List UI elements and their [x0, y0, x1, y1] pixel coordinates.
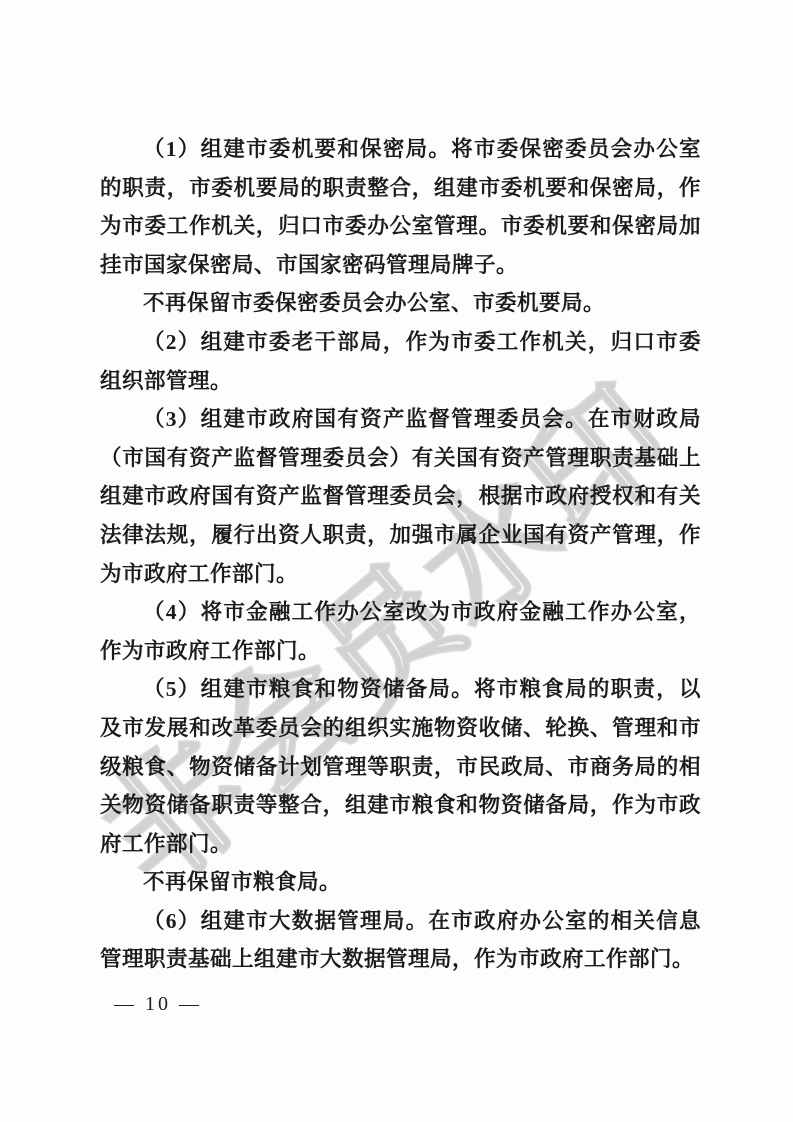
paragraph: 不再保留市委保密委员会办公室、市委机要局。	[100, 284, 701, 323]
page-number: — 10 —	[114, 993, 202, 1015]
paragraph: （4）将市金融工作办公室改为市政府金融工作办公室，作为市政府工作部门。	[100, 593, 701, 670]
document-page: 非会员水印 （1）组建市委机要和保密局。将市委保密委员会办公室的职责，市委机要局…	[0, 0, 793, 1122]
document-body: （1）组建市委机要和保密局。将市委保密委员会办公室的职责，市委机要局的职责整合，…	[100, 130, 701, 979]
paragraph: （2）组建市委老干部局，作为市委工作机关，归口市委组织部管理。	[100, 323, 701, 400]
page-footer: — 10 —	[114, 993, 202, 1016]
paragraph: （1）组建市委机要和保密局。将市委保密委员会办公室的职责，市委机要局的职责整合，…	[100, 130, 701, 284]
paragraph: （3）组建市政府国有资产监督管理委员会。在市财政局（市国有资产监督管理委员会）有…	[100, 400, 701, 593]
paragraph: （6）组建市大数据管理局。在市政府办公室的相关信息管理职责基础上组建市大数据管理…	[100, 902, 701, 979]
paragraph: （5）组建市粮食和物资储备局。将市粮食局的职责，以及市发展和改革委员会的组织实施…	[100, 670, 701, 863]
paragraph: 不再保留市粮食局。	[100, 863, 701, 902]
